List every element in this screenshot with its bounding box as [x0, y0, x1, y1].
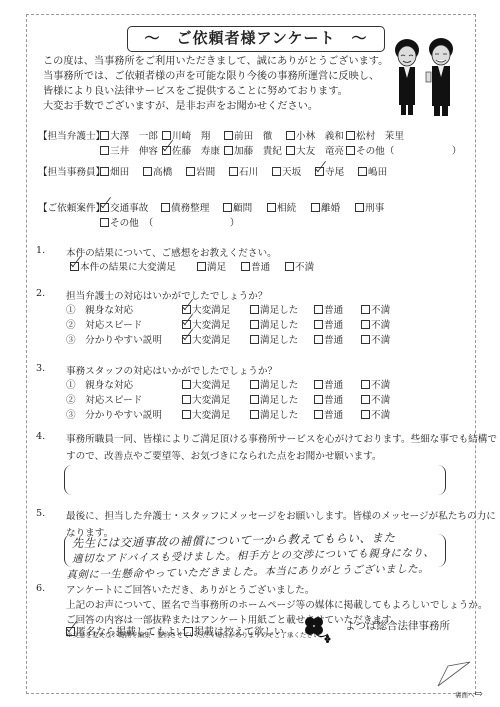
- checkbox-checked[interactable]: [182, 305, 191, 314]
- staff-option[interactable]: 高橋: [143, 164, 186, 178]
- staff-option[interactable]: 岩間: [186, 164, 229, 178]
- lawyer-option[interactable]: 松村 茉里: [346, 128, 404, 142]
- q2-question: 担当弁護士の対応はいかがでしたでしょうか？: [66, 288, 267, 302]
- checkbox-checked[interactable]: [66, 627, 75, 636]
- question-number: 2.: [36, 288, 45, 299]
- lawyer-option[interactable]: 大澤 一郎: [100, 128, 162, 142]
- mascot-left-icon: [395, 39, 419, 115]
- arrow-right-icon: ⇨: [475, 689, 483, 700]
- rating[interactable]: 普通: [314, 317, 361, 332]
- lawyer-row-2: 三井 伸容 佐藤 寿康 加藤 貴紀 大友 竜亮 その他（ ）: [100, 143, 462, 157]
- lawyer-option[interactable]: 小林 義和: [286, 128, 346, 142]
- survey-title: 〜 ご依頼者様アンケート 〜: [127, 26, 385, 52]
- rating[interactable]: 不満: [361, 317, 390, 332]
- case-option[interactable]: 相続: [267, 200, 311, 214]
- intro-line: 皆様により良い法律サービスをご提供することに努めております。: [43, 84, 388, 99]
- checkbox-checked[interactable]: [315, 167, 324, 176]
- rating[interactable]: 普通: [314, 392, 361, 407]
- firm-name: よつば総合法律事務所: [345, 618, 450, 633]
- checkbox[interactable]: [250, 335, 259, 344]
- checkbox[interactable]: [346, 131, 355, 140]
- rating[interactable]: 大変満足: [182, 377, 250, 392]
- checkbox[interactable]: [224, 131, 233, 140]
- question-number: 5.: [36, 508, 45, 519]
- q1-options: 本件の結果に大変満足 満足 普通 不満: [70, 259, 314, 273]
- mascot-lawyers-illustration: [385, 36, 465, 118]
- case-option[interactable]: 顧問: [223, 200, 267, 214]
- staff-row: 畑田 高橋 岩間 石川 天坂 寺尾 嶋田: [100, 164, 387, 178]
- checkbox[interactable]: [250, 320, 259, 329]
- case-option[interactable]: 債務整理: [161, 200, 223, 214]
- rating[interactable]: 満足した: [250, 317, 314, 332]
- rating[interactable]: 満足した: [250, 392, 314, 407]
- checkbox[interactable]: [100, 131, 109, 140]
- rating[interactable]: 普通: [314, 377, 361, 392]
- case-type-row: 交通事故 債務整理 顧問 相続 離婚 刑事: [100, 200, 384, 214]
- checkbox[interactable]: [311, 203, 320, 212]
- case-option-checked[interactable]: 交通事故: [100, 200, 161, 214]
- rating[interactable]: 大変満足: [182, 407, 250, 422]
- checkbox[interactable]: [100, 218, 109, 227]
- checkbox[interactable]: [182, 395, 191, 404]
- q1-option[interactable]: 普通: [241, 259, 285, 273]
- q2-row: ③ 分かりやすい説明 大変満足 満足した 普通 不満: [66, 332, 390, 347]
- question-number: 3.: [36, 363, 45, 374]
- checkbox[interactable]: [143, 167, 152, 176]
- question-number: 4.: [36, 431, 45, 442]
- lawyer-section-label: 【担当弁護士】: [38, 128, 105, 142]
- q3-row: ① 親身な対応 大変満足 満足した 普通 不満: [66, 377, 390, 392]
- checkbox[interactable]: [182, 380, 191, 389]
- lawyer-row-1: 大澤 一郎 川崎 翔 前田 徹 小林 義和 松村 茉里: [100, 128, 404, 142]
- checkbox[interactable]: [314, 380, 323, 389]
- checkbox[interactable]: [250, 395, 259, 404]
- checkbox[interactable]: [250, 380, 259, 389]
- publish-anonymous-option-checked[interactable]: 匿名なら掲載してもよい: [66, 623, 184, 638]
- rating-checked[interactable]: 大変満足: [182, 332, 250, 347]
- checkbox[interactable]: [197, 262, 206, 271]
- checkbox[interactable]: [361, 305, 370, 314]
- case-option[interactable]: 刑事: [355, 200, 384, 214]
- case-option[interactable]: 離婚: [311, 200, 355, 214]
- intro-line: 当事務所では、ご依頼者様の声を可能な限り今後の事務所運営に反映し、: [43, 69, 388, 84]
- checkbox[interactable]: [100, 146, 109, 155]
- rating[interactable]: 不満: [361, 332, 390, 347]
- checkbox[interactable]: [229, 167, 238, 176]
- checkbox[interactable]: [161, 203, 170, 212]
- checkbox[interactable]: [100, 167, 109, 176]
- checkbox[interactable]: [361, 335, 370, 344]
- checkbox[interactable]: [286, 146, 295, 155]
- rating[interactable]: 不満: [361, 377, 390, 392]
- intro-line: 大変お手数でございますが、是非お声をお聞かせください。: [43, 99, 388, 114]
- checkbox[interactable]: [361, 410, 370, 419]
- checkbox[interactable]: [184, 627, 193, 636]
- intro-line: この度は、当事務所をご利用いただきまして、誠にありがとうございます。: [43, 54, 388, 69]
- staff-option[interactable]: 天坂: [272, 164, 315, 178]
- rating[interactable]: 満足した: [250, 407, 314, 422]
- checkbox[interactable]: [361, 320, 370, 329]
- question-number: 1.: [36, 245, 45, 256]
- checkbox[interactable]: [250, 305, 259, 314]
- checkbox[interactable]: [223, 203, 232, 212]
- rating[interactable]: 普通: [314, 332, 361, 347]
- case-option-other[interactable]: その他 （ ）: [100, 215, 240, 229]
- rating[interactable]: 大変満足: [182, 392, 250, 407]
- checkbox-checked[interactable]: [70, 262, 79, 271]
- lawyer-option-other[interactable]: その他（ ）: [346, 143, 462, 157]
- checkbox-checked[interactable]: [162, 146, 171, 155]
- checkbox[interactable]: [361, 380, 370, 389]
- checkbox[interactable]: [314, 410, 323, 419]
- checkbox-checked[interactable]: [182, 335, 191, 344]
- checkbox[interactable]: [286, 131, 295, 140]
- staff-option[interactable]: 畑田: [100, 164, 143, 178]
- q1-question: 本件の結果について、ご感想をお教えください。: [66, 245, 277, 259]
- checkbox[interactable]: [241, 262, 250, 271]
- staff-option[interactable]: 嶋田: [358, 164, 387, 178]
- q3-row: ③ 分かりやすい説明 大変満足 満足した 普通 不満: [66, 407, 390, 422]
- rating[interactable]: 不満: [361, 392, 390, 407]
- q3-question: 事務スタッフの対応はいかがでしたでしょうか？: [66, 363, 277, 377]
- rating[interactable]: 不満: [361, 302, 390, 317]
- checkbox[interactable]: [224, 146, 233, 155]
- staff-section-label: 【担当事務員】: [38, 164, 105, 178]
- checkbox[interactable]: [250, 410, 259, 419]
- rating[interactable]: 満足した: [250, 302, 314, 317]
- staff-option[interactable]: 石川: [229, 164, 272, 178]
- rating[interactable]: 普通: [314, 407, 361, 422]
- lawyer-option[interactable]: 加藤 貴紀: [224, 143, 286, 157]
- q3-row: ② 対応スピード 大変満足 満足した 普通 不満: [66, 392, 390, 407]
- q3-rows: ① 親身な対応 大変満足 満足した 普通 不満 ② 対応スピード 大変満足 満足…: [66, 377, 390, 422]
- staff-option-checked[interactable]: 寺尾: [315, 164, 358, 178]
- checkbox[interactable]: [358, 167, 367, 176]
- checkbox-checked[interactable]: [100, 203, 109, 212]
- q5-handwritten-answer: 先生には交通事故の補償について一から教えてもらい、また 適切なアドバイスも受けま…: [72, 529, 435, 583]
- q1-option-checked[interactable]: 本件の結果に大変満足: [70, 259, 197, 273]
- q2-row: ② 対応スピード 大変満足 満足した 普通 不満: [66, 317, 390, 332]
- case-type-label: 【ご依頼案件】: [38, 200, 105, 214]
- rating[interactable]: 不満: [361, 407, 390, 422]
- mascot-right-icon: [426, 38, 453, 116]
- lawyer-option[interactable]: 大友 竜亮: [286, 143, 346, 157]
- checkbox[interactable]: [267, 203, 276, 212]
- q1-option[interactable]: 不満: [285, 259, 314, 273]
- q2-row: ① 親身な対応 大変満足 満足した 普通 不満: [66, 302, 390, 317]
- lawyer-option[interactable]: 三井 伸容: [100, 143, 162, 157]
- q1-option[interactable]: 満足: [197, 259, 241, 273]
- checkbox[interactable]: [314, 305, 323, 314]
- rating[interactable]: 満足した: [250, 377, 314, 392]
- q6-options: 匿名なら掲載してもよい 掲載は控えて欲しい: [66, 623, 284, 638]
- checkbox[interactable]: [272, 167, 281, 176]
- q2-rows: ① 親身な対応 大変満足 満足した 普通 不満 ② 対応スピード 大変満足 満足…: [66, 302, 390, 347]
- intro-text: この度は、当事務所をご利用いただきまして、誠にありがとうございます。 当事務所で…: [43, 54, 388, 114]
- checkbox-checked[interactable]: [182, 320, 191, 329]
- checkbox[interactable]: [186, 167, 195, 176]
- checkbox[interactable]: [314, 335, 323, 344]
- four-leaf-clover-icon: [300, 614, 340, 644]
- q4-question: 事務所職員一同、皆様によりご満足頂ける事務所サービスを心がけております。些細な事…: [66, 431, 497, 462]
- lawyer-option-checked[interactable]: 佐藤 寿康: [162, 143, 224, 157]
- checkbox[interactable]: [314, 320, 323, 329]
- checkbox[interactable]: [355, 203, 364, 212]
- checkbox[interactable]: [346, 146, 355, 155]
- checkbox[interactable]: [361, 395, 370, 404]
- checkbox[interactable]: [182, 410, 191, 419]
- question-number: 6.: [36, 583, 45, 594]
- checkbox[interactable]: [162, 131, 171, 140]
- checkbox[interactable]: [285, 262, 294, 271]
- lawyer-option[interactable]: 前田 徹: [224, 128, 286, 142]
- checkbox[interactable]: [314, 395, 323, 404]
- page-turn-label[interactable]: 裏面へ⇨: [455, 689, 483, 700]
- rating[interactable]: 普通: [314, 302, 361, 317]
- rating[interactable]: 満足した: [250, 332, 314, 347]
- publish-decline-option[interactable]: 掲載は控えて欲しい: [184, 623, 284, 638]
- q4-answer-box[interactable]: [64, 465, 446, 495]
